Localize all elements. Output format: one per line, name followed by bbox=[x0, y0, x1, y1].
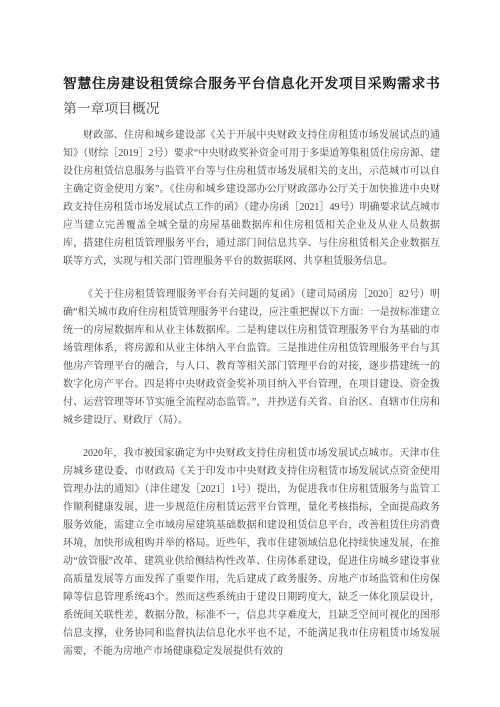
document-title-chapter: 第一章项目概况 bbox=[63, 101, 160, 116]
document-page: 智慧住房建设租赁综合服务平台信息化开发项目采购需求书第一章项目概况 财政部、住房… bbox=[0, 0, 500, 707]
paragraph-reply-letter: 《关于住房租赁管理服务平台有关问题的复函》（建司局函房［2020］82号）明确“… bbox=[63, 286, 440, 430]
paragraph-city-background: 2020年，我市被国家确定为中央财政支持住房租赁市场发展试点城市。天津市住房城乡… bbox=[63, 445, 440, 661]
document-title: 智慧住房建设租赁综合服务平台信息化开发项目采购需求书第一章项目概况 bbox=[63, 71, 440, 121]
paragraph-policy-notice: 财政部、住房和城乡建设部《关于开展中央财政支持住房租赁市场发展试点的通知》（财综… bbox=[63, 127, 440, 271]
document-title-main: 智慧住房建设租赁综合服务平台信息化开发项目采购需求书 bbox=[63, 76, 440, 91]
